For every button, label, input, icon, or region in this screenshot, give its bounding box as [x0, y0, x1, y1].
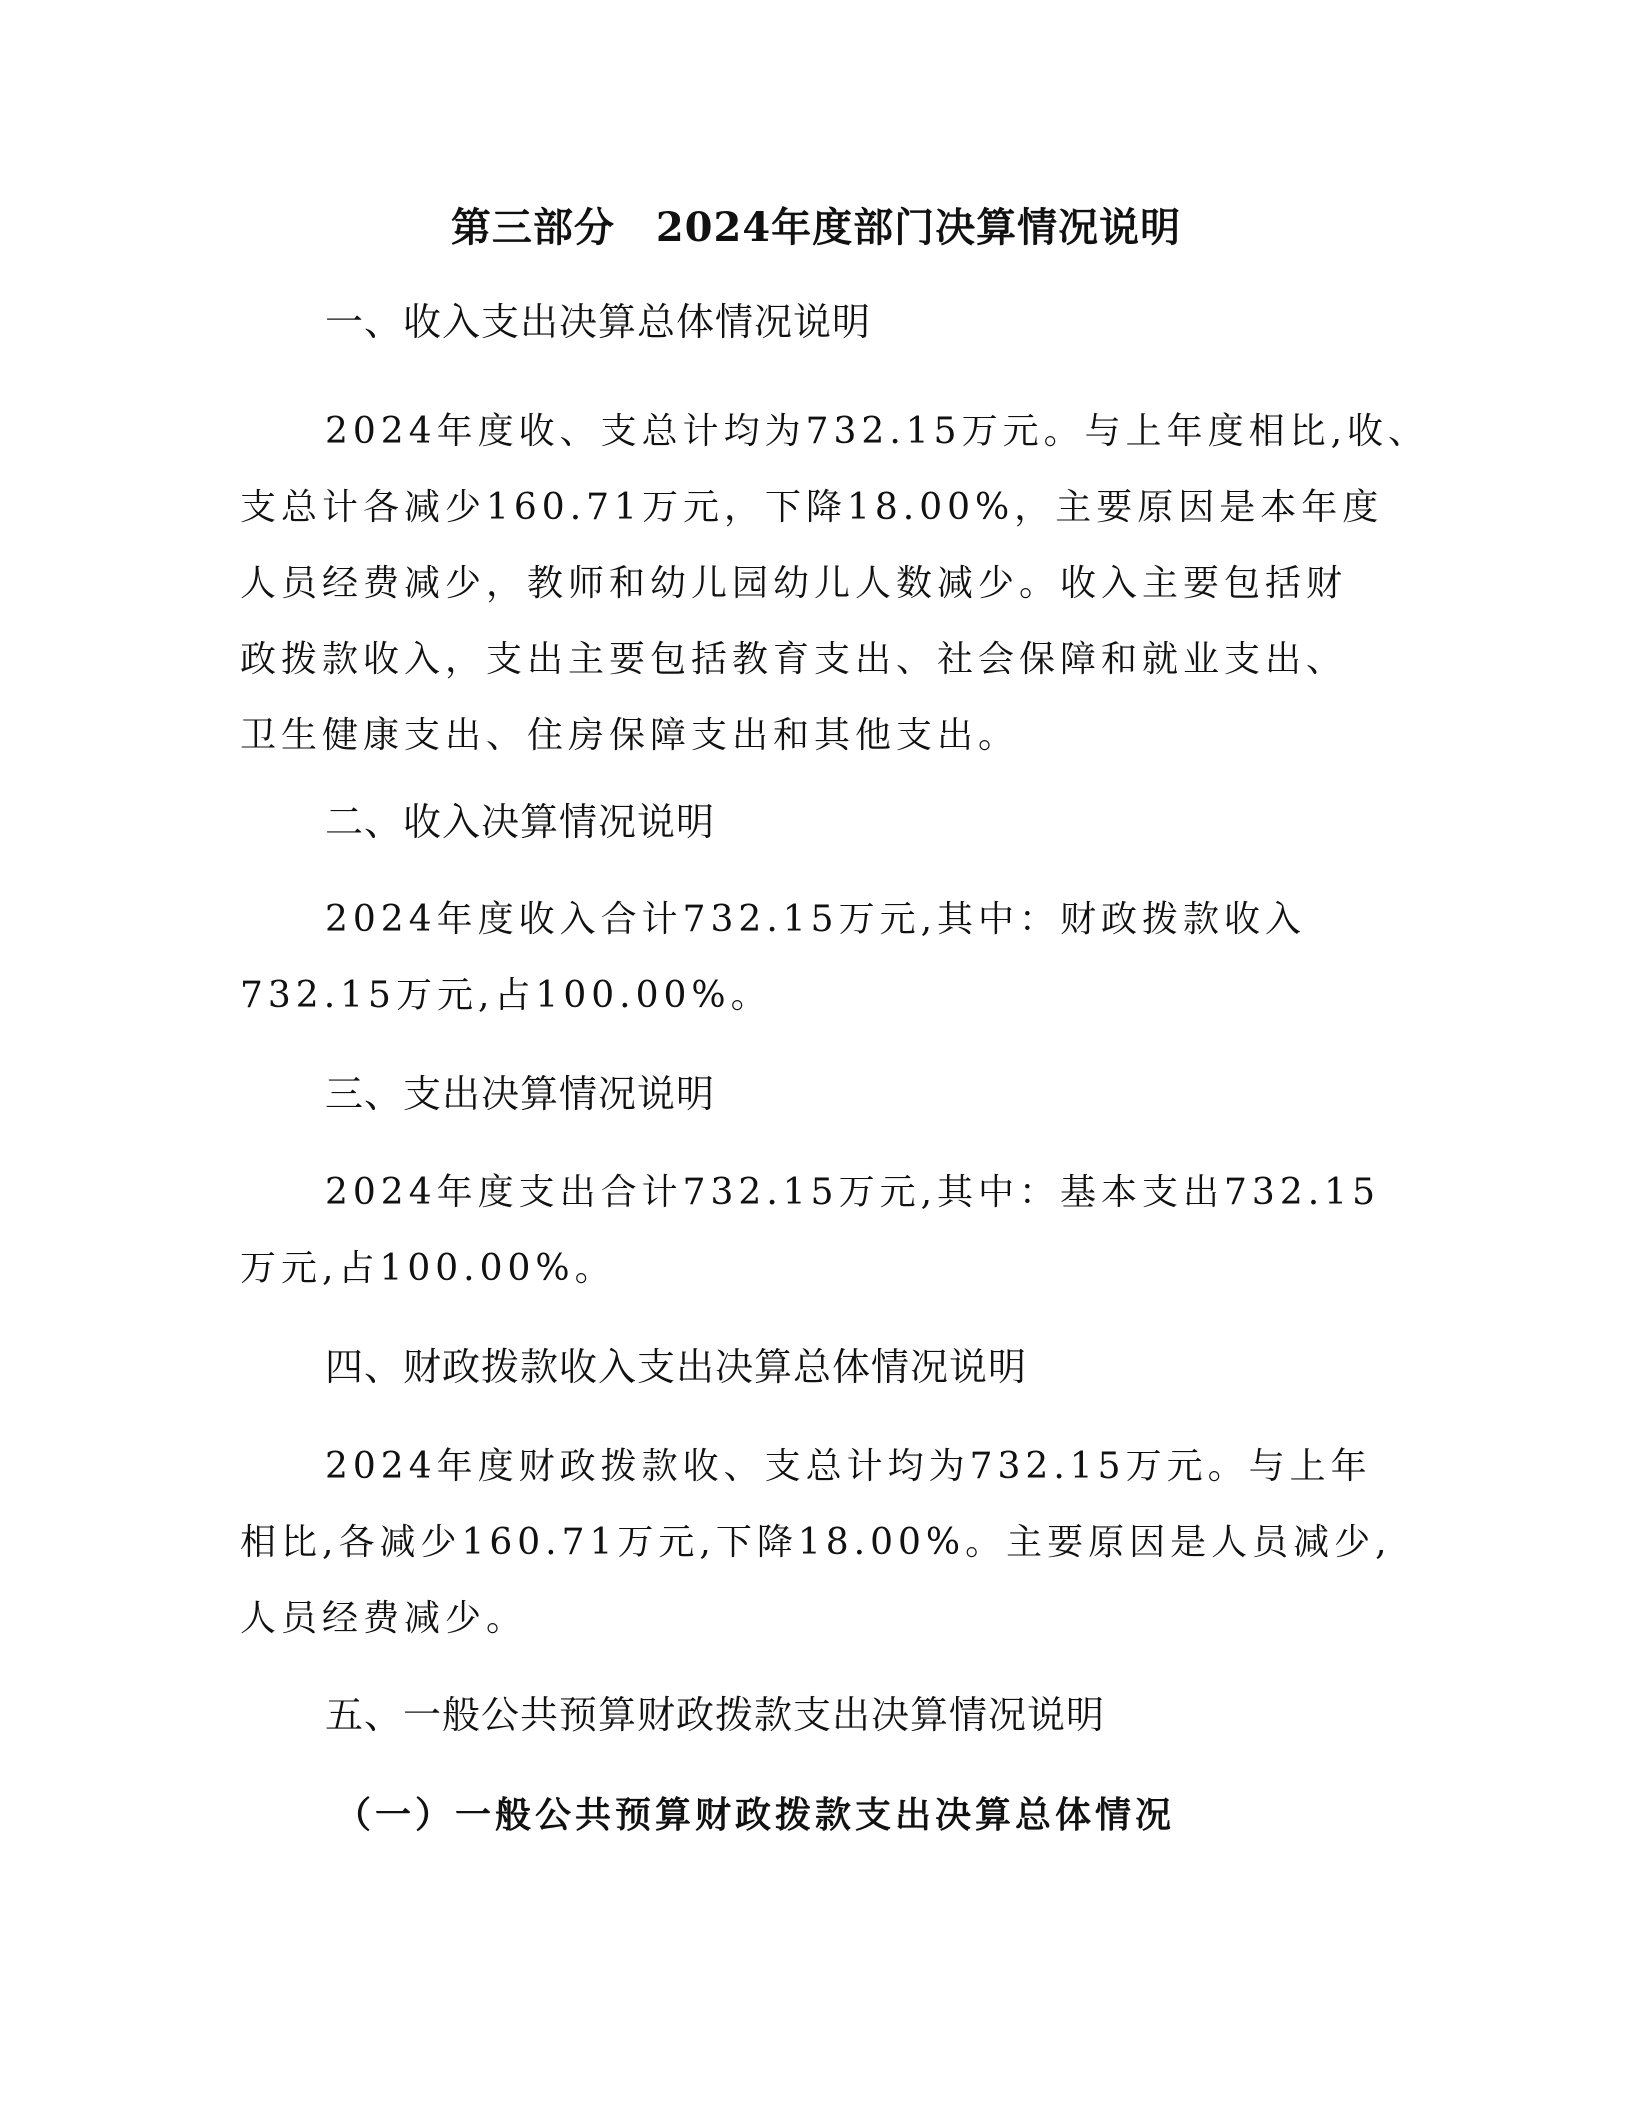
paragraph-line: 政拨款收入，支出主要包括教育支出、社会保障和就业支出、 — [240, 630, 1347, 690]
paragraph-line: 卫生健康支出、住房保障支出和其他支出。 — [240, 706, 1019, 766]
paragraph-line: 支总计各减少160.71万元，下降18.00%，主要原因是本年度 — [240, 478, 1383, 538]
paragraph-line: 2024年度收入合计732.15万元,其中：财政拨款收入 — [325, 890, 1306, 950]
section-heading-1: 一、收入支出决算总体情况说明 — [325, 292, 871, 352]
paragraph-line: 2024年度支出合计732.15万元,其中：基本支出732.15 — [325, 1163, 1380, 1223]
section-subheading-5-1: （一）一般公共预算财政拨款支出决算总体情况 — [335, 1785, 1175, 1845]
paragraph-line: 相比,各减少160.71万元,下降18.00%。主要原因是人员减少, — [240, 1513, 1392, 1573]
section-heading-5: 五、一般公共预算财政拨款支出决算情况说明 — [325, 1685, 1105, 1745]
document-page: 第三部分 2024年度部门决算情况说明 一、收入支出决算总体情况说明 2024年… — [0, 0, 1632, 2112]
paragraph-line: 2024年度收、支总计均为732.15万元。与上年度相比,收、 — [325, 402, 1429, 462]
paragraph-line: 人员经费减少，教师和幼儿园幼儿人数减少。收入主要包括财 — [240, 554, 1347, 614]
paragraph-line: 732.15万元,占100.00%。 — [240, 966, 772, 1026]
paragraph-line: 人员经费减少。 — [240, 1589, 527, 1649]
paragraph-line: 2024年度财政拨款收、支总计均为732.15万元。与上年 — [325, 1437, 1372, 1497]
section-heading-3: 三、支出决算情况说明 — [325, 1064, 715, 1124]
page-title: 第三部分 2024年度部门决算情况说明 — [0, 198, 1632, 258]
section-heading-4: 四、财政拨款收入支出决算总体情况说明 — [325, 1337, 1027, 1397]
paragraph-line: 万元,占100.00%。 — [240, 1239, 616, 1299]
section-heading-2: 二、收入决算情况说明 — [325, 792, 715, 852]
